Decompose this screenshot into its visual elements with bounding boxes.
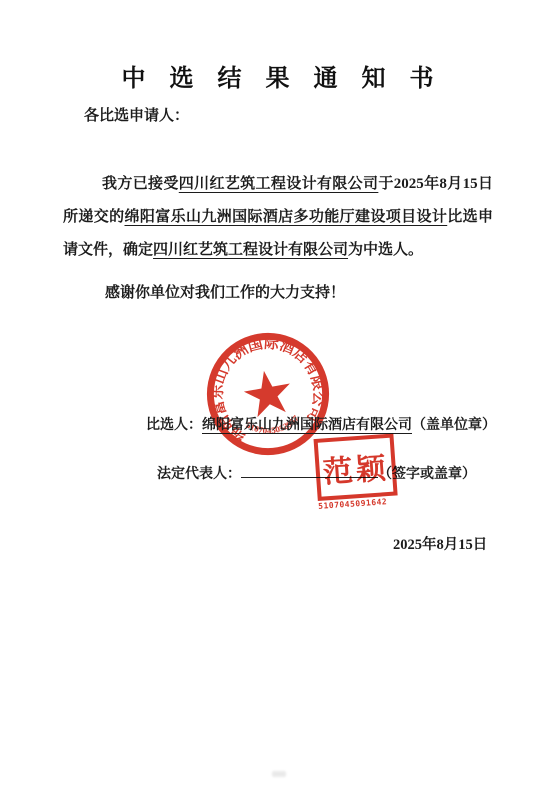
seal-star-icon	[241, 367, 295, 419]
salutation: 各比选申请人：	[84, 104, 189, 125]
name-seal-border: 范颖	[314, 434, 398, 501]
body-paragraph: 我方已接受四川红艺筑工程设计有限公司于2025年8月15日所递交的绵阳富乐山九洲…	[63, 168, 493, 267]
body-segment: 为中选人。	[348, 242, 423, 258]
name-seal-stamp: 范颖 5107045091642	[314, 433, 405, 513]
bidder-line: 比选人：绵阳富乐山九洲国际酒店有限公司（盖单位章）	[146, 414, 496, 434]
winning-company-name: 四川红艺筑工程设计有限公司	[153, 242, 348, 258]
document-page: 中 选 结 果 通 知 书 各比选申请人： 我方已接受四川红艺筑工程设计有限公司…	[0, 0, 555, 786]
page-title: 中 选 结 果 通 知 书	[0, 58, 555, 93]
bidder-company-name: 绵阳富乐山九洲国际酒店有限公司	[202, 418, 412, 433]
scan-artifact	[272, 771, 286, 777]
name-seal-name: 范颖	[321, 443, 390, 491]
project-name: 绵阳富乐山九洲国际酒店多功能厅建设项目设计	[124, 209, 447, 225]
legal-rep-label: 法定代表人：	[157, 467, 241, 482]
winning-company-name: 四川红艺筑工程设计有限公司	[179, 176, 379, 192]
bidder-note: （盖单位章）	[412, 418, 496, 433]
thanks-line: 感谢你单位对我们工作的大力支持！	[63, 281, 493, 302]
bidder-label: 比选人：	[146, 418, 202, 433]
body-segment: 我方已接受	[102, 176, 179, 192]
date: 2025年8月15日	[393, 533, 487, 554]
